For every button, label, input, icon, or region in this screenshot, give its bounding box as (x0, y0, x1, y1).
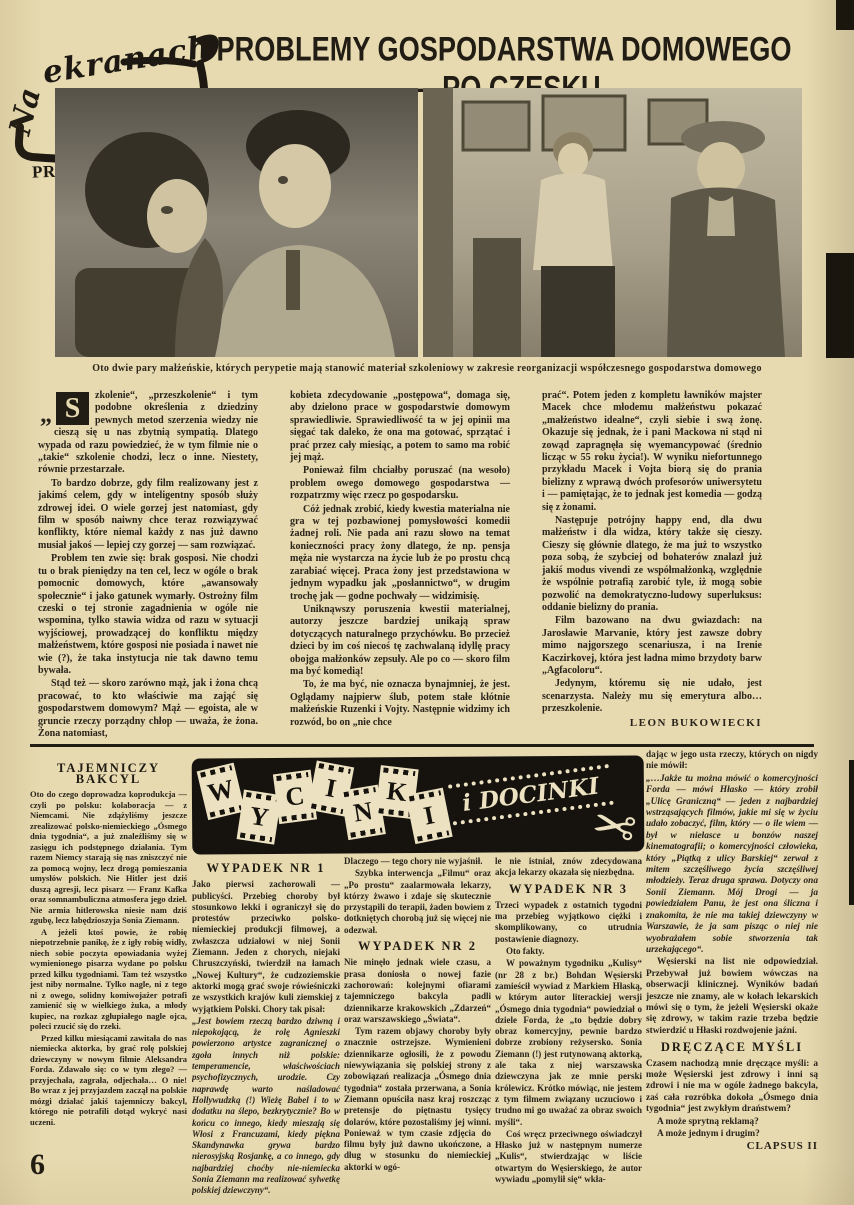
paragraph: Przed kilku miesiącami zawitała do nas n… (30, 1033, 187, 1128)
paragraph: Szybka interwencja „Filmu“ oraz „Po pros… (344, 868, 491, 936)
paragraph: Film bazowano na dwu gwiazdach: na Jaros… (542, 615, 762, 677)
paragraph: Tym razem objawy choroby były znacznie o… (344, 1026, 491, 1173)
docinki-filmstrip: i DOCINKI (448, 764, 613, 825)
paragraph: Oto do czego doprowadza koprodukcja — cz… (30, 789, 187, 926)
paragraph: Cóż jednak zrobić, kiedy kwestia materia… (290, 504, 510, 603)
section-title: TAJEMNICZY BAKCYL (30, 763, 187, 784)
paragraph: Problem ten zwie się: brak gosposi. Nie … (38, 553, 258, 677)
paragraph: Jako pierwsi zachorowali — publicyści. P… (192, 879, 340, 1015)
wypadek-1-column: WYPADEK NR 1 Jako pierwsi zachorowali — … (192, 858, 340, 1198)
filmframe-letter-tile: Y (237, 790, 282, 845)
column-byline: CLAPSUS II (646, 1141, 818, 1152)
tajemniczy-bakcyl-article: TAJEMNICZY BAKCYL Oto do czego doprowadz… (30, 758, 187, 1142)
section-title: WYPADEK NR 2 (344, 941, 491, 952)
article-column-3: prać“. Potem jeden z kompletu ławników m… (542, 390, 762, 744)
section-title: DRĘCZĄCE MYŚLI (646, 1042, 818, 1053)
scan-artifact (836, 0, 854, 30)
dreczace-mysli-column: dając w jego usta rzeczy, których on nig… (646, 750, 818, 1200)
paragraph: „Szkolenie“, „przeszkolenie“ i tym podob… (38, 390, 258, 477)
paragraph: prać“. Potem jeden z kompletu ławników m… (542, 390, 762, 514)
paragraph: Następuje potrójny happy end, dla dwu ma… (542, 515, 762, 614)
film-still-left (55, 88, 418, 357)
scan-artifact (849, 760, 854, 905)
paragraph: A może sprytną reklamą? (646, 1117, 818, 1128)
film-still-right (423, 88, 802, 357)
section-divider (30, 744, 814, 747)
paragraph: Nie minęło jednak wiele czasu, a prasa d… (344, 957, 491, 1025)
paragraph: A może jednym i drugim? (646, 1129, 818, 1140)
article-column-1: „Szkolenie“, „przeszkolenie“ i tym podob… (38, 390, 258, 744)
film-still-right-image (423, 88, 802, 357)
dropcap-quote: „ (40, 402, 52, 428)
filmframe-letter-tile: W (197, 763, 246, 820)
banner-letter: W (205, 774, 237, 809)
filmframe-letter-tile: I (406, 788, 453, 845)
wycinki-docinki-banner: W Y C I N K I i DOCINKI ✂ (192, 755, 645, 854)
banner-letter: C (284, 781, 306, 813)
wypadek-2-column: Dlaczego — tego chory nie wyjaśnił. Szyb… (344, 856, 491, 1198)
paragraph: A jeżeli ktoś powie, że robię niepotrzeb… (30, 927, 187, 1032)
page-number: 6 (30, 1148, 45, 1182)
scan-artifact (826, 253, 854, 358)
paragraph: To bardzo dobrze, gdy film realizowany j… (38, 478, 258, 552)
paragraph: Coś wręcz przeciwnego oświadczył Hłasko … (495, 1129, 642, 1185)
main-article: „Szkolenie“, „przeszkolenie“ i tym podob… (38, 390, 762, 744)
paragraph: Jedynym, któremu się nie udało, jest sce… (542, 678, 762, 715)
banner-letter: I (421, 800, 437, 831)
quote-paragraph: „Jest bowiem rzeczą bardzo dziwną i niep… (192, 1016, 340, 1197)
wypadek-3-column: le nie istniał, znów zdecydowana akcja l… (495, 856, 642, 1198)
paragraph: To, że ma być, nie oznacza bynajmniej, ż… (290, 679, 510, 729)
section-title: WYPADEK NR 3 (495, 884, 642, 895)
paragraph: Czasem nachodzą mnie dręczące myśli: a m… (646, 1059, 818, 1116)
paragraph: Trzeci wypadek z ostatnich tygodni ma pr… (495, 900, 642, 945)
paragraph: W poważnym tygodniku „Kulisy“ (nr 28 z b… (495, 958, 642, 1127)
paragraph: Dlaczego — tego chory nie wyjaśnił. (344, 856, 491, 867)
paragraph: Ponieważ film chciałby poruszać (na weso… (290, 465, 510, 502)
paragraph: Stąd też — skoro zarówno mąż, jak i żona… (38, 678, 258, 740)
section-title: WYPADEK NR 1 (192, 863, 340, 874)
film-still-left-image (55, 88, 418, 357)
paragraph: kobieta zdecydowanie „postępowa“, domaga… (290, 390, 510, 464)
paragraph: le nie istniał, znów zdecydowana akcja l… (495, 856, 642, 879)
quote-paragraph: „…Jakże tu można mówić o komercyjności F… (646, 774, 818, 957)
paragraph: dając w jego usta rzeczy, których on nig… (646, 750, 818, 773)
paragraph: Oto fakty. (495, 946, 642, 957)
dropcap-letter: S (56, 392, 89, 425)
paragraph: Węsierski na list nie odpowiedział. Prze… (646, 957, 818, 1037)
magazine-page: Na ekranach MĘŻOWIE NA PRZESZKOLENIU PRO… (0, 0, 854, 1205)
article-byline: LEON BUKOWIECKI (542, 717, 762, 729)
photo-caption: Oto dwie pary małżeńskie, których perype… (38, 363, 816, 374)
paragraph: Uniknąwszy poruszenia kwestii materialne… (290, 604, 510, 678)
banner-letter: K (385, 776, 409, 808)
banner-letter: Y (248, 801, 271, 833)
banner-letter: I (323, 773, 338, 804)
article-column-2: kobieta zdecydowanie „postępowa“, domaga… (290, 390, 510, 744)
banner-letter: N (351, 796, 374, 829)
